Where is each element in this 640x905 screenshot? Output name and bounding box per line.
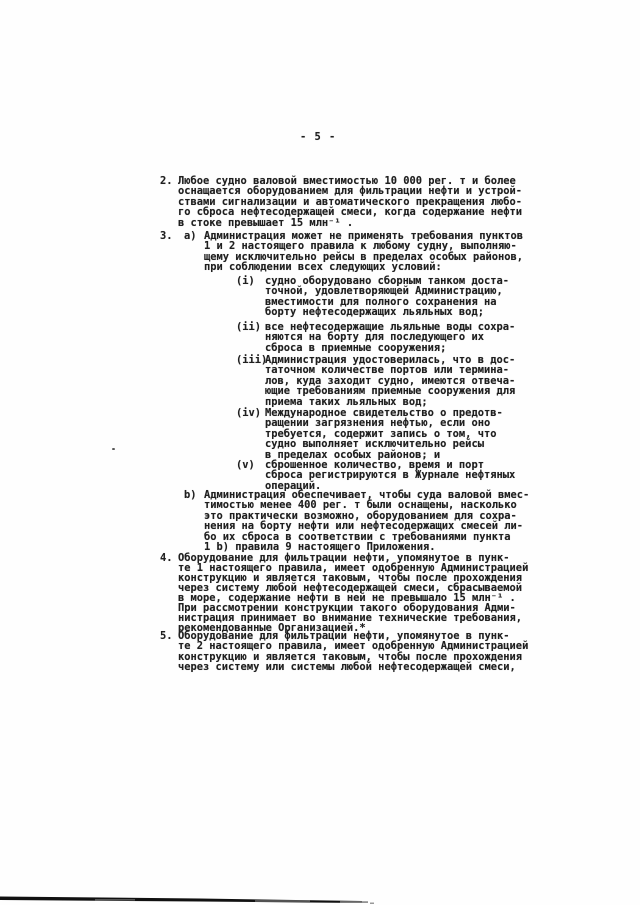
list-item-iii-label: (iii) — [236, 355, 265, 365]
list-item-ii-label: (ii) — [236, 322, 265, 332]
list-item-iv-label: (iv) — [236, 408, 265, 418]
list-item-i-label: (i) — [236, 276, 265, 286]
list-item-iv: (iv) Международное свидетельство о предо… — [236, 408, 503, 460]
paragraph-2-number: 2. — [160, 176, 178, 186]
paragraph-3b: b) Администрация обеспечивает, чтобы суд… — [184, 490, 529, 552]
bottom-scan-line-artifact — [0, 893, 640, 905]
paragraph-4: 4. Оборудование для фильтрации нефти, уп… — [160, 553, 528, 633]
list-item-iii: (iii) Администрация удостоверилась, что … — [236, 355, 515, 407]
ink-speck-artifact — [112, 448, 115, 450]
paragraph-3b-text: Администрация обеспечивает, чтобы суда в… — [204, 490, 529, 552]
list-item-v: (v) сброшенное количество, время и порт … — [236, 460, 515, 491]
list-item-ii: (ii) все нефтесодержащие льяльные воды с… — [236, 322, 515, 353]
list-item-v-text: сброшенное количество, время и порт сбро… — [265, 460, 515, 491]
paragraph-3a-text: Администрация может не применять требова… — [204, 231, 523, 273]
paragraph-4-number: 4. — [160, 553, 178, 563]
list-item-ii-text: все нефтесодержащие льяльные воды сохра-… — [265, 322, 515, 353]
paragraph-2: 2. Любое судно валовой вместимостью 10 0… — [160, 176, 522, 228]
document-page: - 5 - 2. Любое судно валовой вместимость… — [0, 0, 640, 905]
list-item-i-text: судно оборудовано сборным танком доста- … — [265, 276, 509, 318]
list-item-iv-text: Международное свидетельство о предотв- р… — [265, 408, 503, 460]
paragraph-2-text: Любое судно валовой вместимостью 10 000 … — [178, 176, 522, 228]
paragraph-3: 3. a) Администрация может не применять т… — [160, 231, 523, 273]
paragraph-3-number: 3. — [160, 231, 184, 241]
list-item-iii-text: Администрация удостоверилась, что в дос-… — [265, 355, 515, 407]
paragraph-4-text: Оборудование для фильтрации нефти, упомя… — [178, 553, 528, 633]
paragraph-5-number: 5. — [160, 631, 178, 641]
list-item-i: (i) судно оборудовано сборным танком дос… — [236, 276, 509, 318]
page-number: - 5 - — [300, 132, 336, 142]
paragraph-3a-label: a) — [184, 231, 204, 241]
paragraph-5-text: Оборудование для фильтрации нефти, упомя… — [178, 631, 528, 673]
paragraph-3b-label: b) — [184, 490, 204, 500]
paragraph-5: 5. Оборудование для фильтрации нефти, уп… — [160, 631, 528, 673]
list-item-v-label: (v) — [236, 460, 265, 470]
